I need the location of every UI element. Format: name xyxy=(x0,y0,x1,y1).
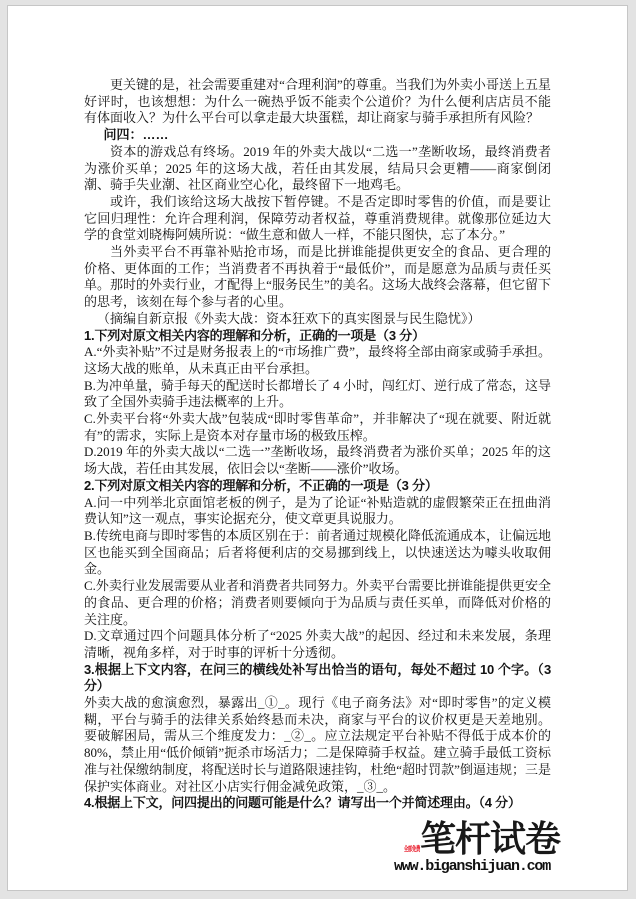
option-line: A.“外卖补贴”不过是财务报表上的“市场推广费”，最终将全部由商家或骑手承担。这… xyxy=(84,344,551,377)
sub-heading: 问四：…… xyxy=(84,127,551,144)
option-line: B.传统电商与即时零售的本质区别在于：前者通过规模化降低流通成本，让偏远地区也能… xyxy=(84,528,551,578)
exam-page: 更关键的是，社会需要重建对“合理利润”的尊重。当我们为外卖小哥送上五星好评时，也… xyxy=(7,5,628,891)
option-line: A.问一中列举北京面馆老板的例子，是为了论证“补贴造就的虚假繁荣正在扭曲消费认知… xyxy=(84,495,551,528)
watermark: 全部免费 笔杆试卷 www.biganshijuan.com xyxy=(394,821,574,874)
option-line: C.外卖平台将“外卖大战”包装成“即时零售革命”，并非解决了“现在就要、附近就有… xyxy=(84,411,551,444)
body-paragraph: 当外卖平台不再靠补贴抢市场，而是比拼谁能提供更安全的食品、更合理的价格、更体面的… xyxy=(84,244,551,311)
option-line: D.文章通过四个问题具体分析了“2025 外卖大战”的起因、经过和未来发展，条理… xyxy=(84,628,551,661)
watermark-url: www.biganshijuan.com xyxy=(394,859,574,874)
watermark-brand-row: 全部免费 笔杆试卷 xyxy=(394,821,574,857)
question-heading: 2.下列对原文相关内容的理解和分析，不正确的一项是（3 分） xyxy=(84,478,551,495)
brand-logo-text: 笔杆试卷 xyxy=(420,821,560,857)
option-line: D.2019 年的外卖大战以“二选一”垄断收场，最终消费者为涨价买单；2025 … xyxy=(84,444,551,477)
question-heading: 3.根据上下文内容，在问三的横线处补写出恰当的语句，每处不超过 10 个字。（3… xyxy=(84,662,551,695)
body-paragraph: 资本的游戏总有终场。2019 年的外卖大战以“二选一”垄断收场，最终消费者为涨价… xyxy=(84,144,551,194)
body-paragraph: 或许，我们该给这场大战按下暂停键。不是否定即时零售的价值，而是要让它回归理性：允… xyxy=(84,194,551,244)
question-heading: 4.根据上下文，问四提出的问题可能是什么？请写出一个并简述理由。（4 分） xyxy=(84,795,551,812)
option-line: C.外卖行业发展需要从业者和消费者共同努力。外卖平台需要比拼谁能提供更安全的食品… xyxy=(84,578,551,628)
option-line: B.为冲单量，骑手每天的配送时长都增长了 4 小时，闯红灯、逆行成了常态，这导致… xyxy=(84,378,551,411)
document-viewer: 更关键的是，社会需要重建对“合理利润”的尊重。当我们为外卖小哥送上五星好评时，也… xyxy=(0,0,636,899)
free-badge: 全部免费 xyxy=(404,846,420,853)
body-paragraph: 更关键的是，社会需要重建对“合理利润”的尊重。当我们为外卖小哥送上五星好评时，也… xyxy=(84,77,551,127)
document-body: 更关键的是，社会需要重建对“合理利润”的尊重。当我们为外卖小哥送上五星好评时，也… xyxy=(84,77,551,812)
fill-in-passage: 外卖大战的愈演愈烈，暴露出_①_。现行《电子商务法》对“即时零售”的定义模糊，平… xyxy=(84,695,551,795)
citation-line: （摘编自新京报《外卖大战：资本狂欢下的真实图景与民生隐忧》） xyxy=(84,311,551,328)
question-heading: 1.下列对原文相关内容的理解和分析，正确的一项是（3 分） xyxy=(84,328,551,345)
